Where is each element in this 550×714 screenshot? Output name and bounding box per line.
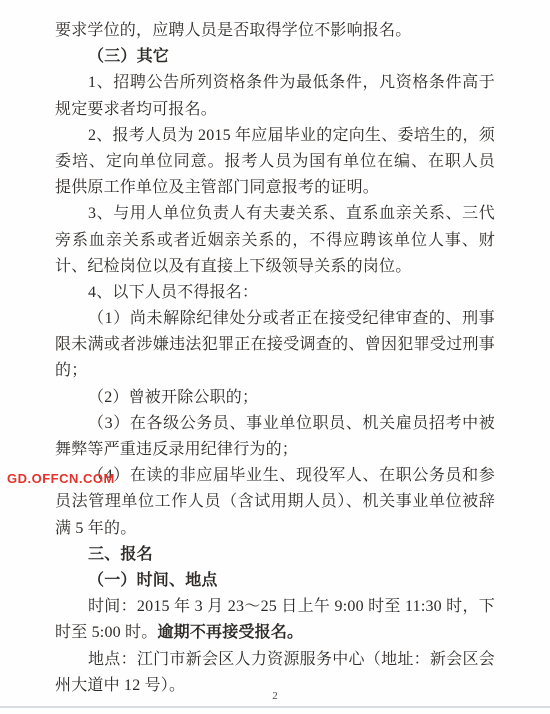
section-heading-time-place: （一）时间、地点 — [55, 568, 495, 594]
doc-line: （3）在各级公务员、事业单位职员、机关雇员招考中被认定有 — [55, 411, 495, 437]
bottom-divider — [0, 706, 550, 708]
doc-line: （4）在读的非应届毕业生、现役军人、在职公务员和参照公务 — [55, 463, 495, 489]
page-number: 2 — [0, 690, 550, 702]
doc-line: 规定要求者均可报名。 — [55, 97, 495, 123]
section-heading-signup: 三、报名 — [55, 542, 495, 568]
doc-line: 时至 5:00 时。逾期不再接受报名。 — [55, 620, 495, 646]
doc-line: 员法管理单位工作人员（含试用期人员）、机关事业单位被辞退未 — [55, 489, 495, 515]
doc-line: 计、纪检岗位以及有直接上下级领导关系的岗位。 — [55, 254, 495, 280]
doc-line: 1、招聘公告所列资格条件为最低条件，凡资格条件高于公告 — [55, 70, 495, 96]
doc-line: 满 5 年的。 — [55, 516, 495, 542]
doc-line: 要求学位的，应聘人员是否取得学位不影响报名。 — [55, 18, 495, 44]
doc-line: 2、报考人员为 2015 年应届毕业的定向生、委培生的，须征得 — [55, 123, 495, 149]
doc-line: 限未满或者涉嫌违法犯罪正在接受调查的、曾因犯罪受过刑事处罚 — [55, 332, 495, 358]
section-heading-other: （三）其它 — [55, 44, 495, 70]
doc-line: 时间：2015 年 3 月 23～25 日上午 9:00 时至 11:30 时，… — [55, 594, 495, 620]
offcn-watermark: GD.OFFCN.COM — [7, 472, 115, 486]
doc-line: 地点：江门市新会区人力资源服务中心（地址：新会区会城冈 — [55, 647, 495, 673]
doc-line: 舞弊等严重违反录用纪律行为的； — [55, 437, 495, 463]
doc-line: 委培、定向单位同意。报考人员为国有单位在编、在职人员的，需 — [55, 149, 495, 175]
doc-line: 提供原工作单位及主管部门同意报考的证明。 — [55, 175, 495, 201]
doc-line: （1）尚未解除纪律处分或者正在接受纪律审查的、刑事处罚期 — [55, 306, 495, 332]
doc-line-text: 时至 5:00 时。 — [55, 624, 157, 641]
deadline-emphasis: 逾期不再接受报名。 — [157, 624, 303, 641]
document-page: 要求学位的，应聘人员是否取得学位不影响报名。 （三）其它 1、招聘公告所列资格条… — [0, 0, 550, 714]
doc-line: 4、以下人员不得报名： — [55, 280, 495, 306]
doc-line: 的； — [55, 358, 495, 384]
doc-line: 旁系血亲关系或者近姻亲关系的，不得应聘该单位人事、财务、审 — [55, 228, 495, 254]
doc-line: 3、与用人单位负责人有夫妻关系、直系血亲关系、三代以内 — [55, 201, 495, 227]
document-body: 要求学位的，应聘人员是否取得学位不影响报名。 （三）其它 1、招聘公告所列资格条… — [55, 18, 495, 699]
doc-line: （2）曾被开除公职的； — [55, 385, 495, 411]
